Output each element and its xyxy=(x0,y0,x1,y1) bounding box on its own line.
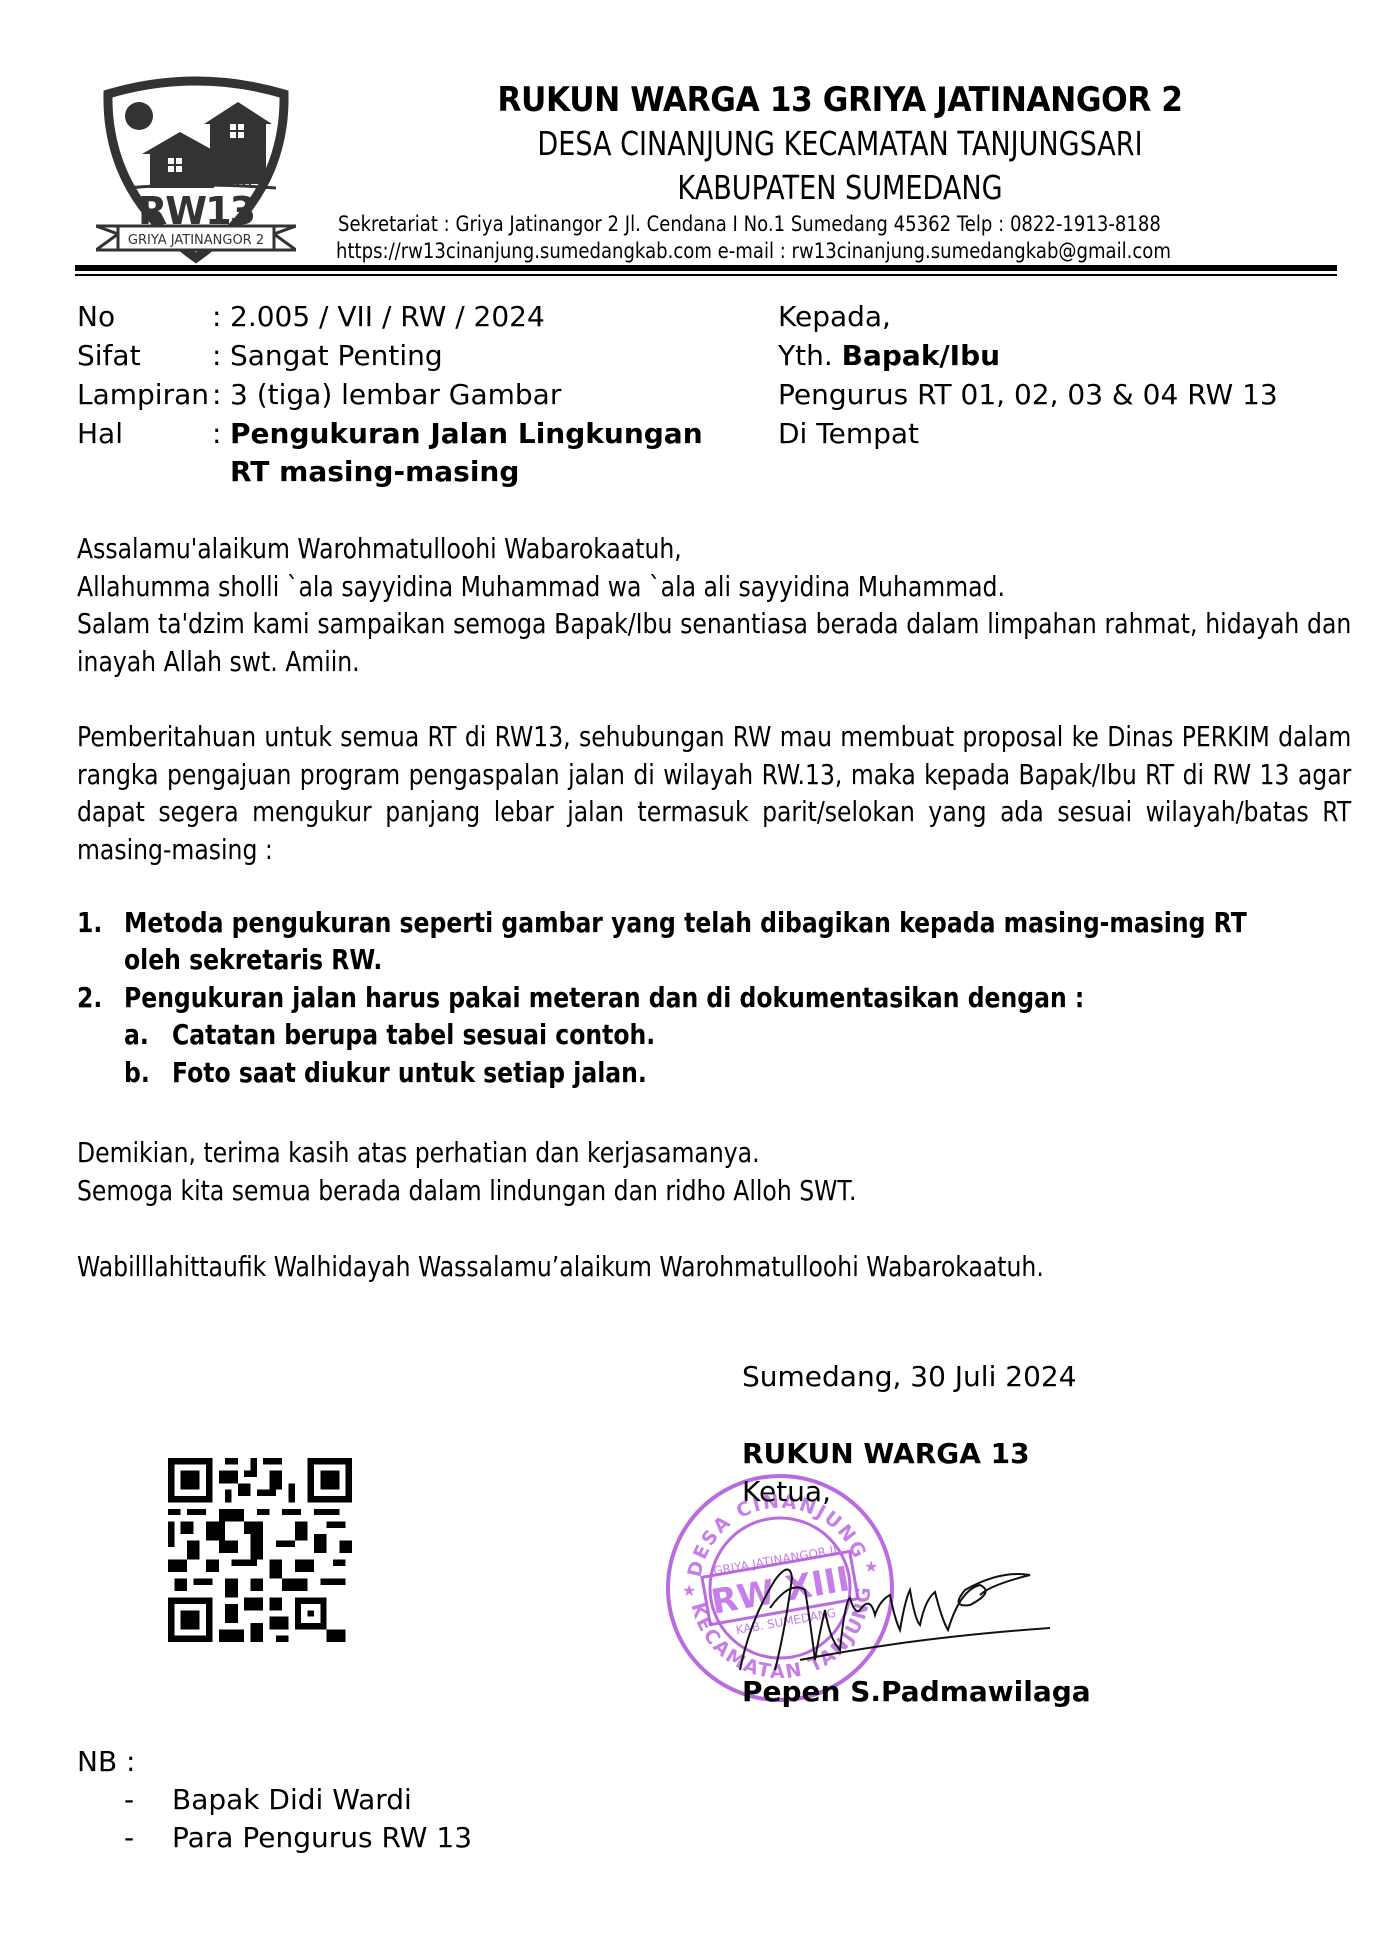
svg-text:★: ★ xyxy=(682,1581,696,1600)
org-village: DESA CINANJUNG KECAMATAN TANJUNGSARI xyxy=(422,124,1258,163)
meta-colon: : xyxy=(212,417,221,450)
handwritten-signature-icon xyxy=(730,1520,1060,1680)
qr-code-icon xyxy=(168,1458,352,1642)
closing-thanks: Demikian, terima kasih atas perhatian da… xyxy=(77,1136,760,1169)
meta-colon: : xyxy=(212,339,221,372)
sublist-item-a-num: a. xyxy=(124,1018,149,1051)
notice: Pemberitahuan untuk semua RT di RW13, se… xyxy=(77,718,1351,868)
meta-value-sifat: Sangat Penting xyxy=(230,339,443,372)
nb-item-bullet: - xyxy=(124,1821,134,1854)
nb-item-bullet: - xyxy=(124,1783,134,1816)
signatory-name: Pepen S.Padmawilaga xyxy=(742,1675,1091,1708)
recipient-prefix: Yth. xyxy=(778,339,833,372)
meta-label-hal: Hal xyxy=(77,417,123,450)
signatory-role: Ketua, xyxy=(742,1475,831,1508)
nb-label: NB : xyxy=(77,1745,136,1778)
greeting-block: Assalamu'alaikum Warohmatulloohi Wabarok… xyxy=(77,530,1351,680)
recipient-name: Bapak/Ibu xyxy=(842,339,1000,372)
list-item-1-num: 1. xyxy=(77,906,102,939)
letterhead-divider-thin xyxy=(75,274,1337,276)
meta-colon: : xyxy=(212,300,221,333)
meta-label-lampiran: Lampiran xyxy=(77,378,209,411)
meta-value-no: 2.005 / VII / RW / 2024 xyxy=(230,300,545,333)
salawat: Allahumma sholli `ala sayyidina Muhammad… xyxy=(77,568,1351,606)
meta-value-lampiran: 3 (tiga) lembar Gambar xyxy=(230,378,561,411)
notice-block: Pemberitahuan untuk semua RT di RW13, se… xyxy=(77,718,1351,868)
nb-item: Para Pengurus RW 13 xyxy=(172,1821,472,1854)
list-item-2-num: 2. xyxy=(77,981,102,1014)
closing-prayer: Semoga kita semua berada dalam lindungan… xyxy=(77,1174,856,1207)
meta-label-sifat: Sifat xyxy=(77,339,141,372)
greeting: Assalamu'alaikum Warohmatulloohi Wabarok… xyxy=(77,530,1351,568)
sublist-item-b-text: Foto saat diukur untuk setiap jalan. xyxy=(172,1056,647,1089)
org-contact: https://rw13cinanjung.sumedangkab.com e-… xyxy=(336,239,1171,263)
signatory-org: RUKUN WARGA 13 xyxy=(742,1437,1030,1470)
org-title: RUKUN WARGA 13 GRIYA JATINANGOR 2 xyxy=(371,80,1309,120)
letter-page: RW13 GRIYA JATINANGOR 2 RUKUN WARGA 13 G… xyxy=(0,0,1380,1935)
org-address: Sekretariat : Griya Jatinangor 2 Jl. Cen… xyxy=(338,212,1161,236)
recipient-yth: Yth. Bapak/Ibu xyxy=(778,339,1000,372)
meta-value-hal: Pengukuran Jalan Lingkungan xyxy=(230,417,703,450)
sublist-item-a-text: Catatan berupa tabel sesuai contoh. xyxy=(172,1018,655,1051)
meta-value-hal-cont: RT masing-masing xyxy=(230,455,519,488)
nb-item: Bapak Didi Wardi xyxy=(172,1783,412,1816)
meta-colon: : xyxy=(212,378,221,411)
recipient-pengurus: Pengurus RT 01, 02, 03 & 04 RW 13 xyxy=(778,378,1278,411)
place-date: Sumedang, 30 Juli 2024 xyxy=(742,1360,1077,1393)
letterhead-divider-thick xyxy=(75,265,1337,271)
list-item-2-text: Pengukuran jalan harus pakai meteran dan… xyxy=(124,981,1084,1014)
list-item-1-text-cont: oleh sekretaris RW. xyxy=(124,943,382,976)
recipient-kepada: Kepada, xyxy=(778,300,891,333)
sublist-item-b-num: b. xyxy=(124,1056,150,1089)
salam: Salam ta'dzim kami sampaikan semoga Bapa… xyxy=(77,605,1351,680)
list-item-1-text: Metoda pengukuran seperti gambar yang te… xyxy=(124,906,1247,939)
meta-label-no: No xyxy=(77,300,115,333)
recipient-place: Di Tempat xyxy=(778,417,919,450)
closing-salam: Wabilllahittaufik Walhidayah Wassalamu’a… xyxy=(77,1250,1044,1283)
rw13-shield-logo-icon: RW13 GRIYA JATINANGOR 2 xyxy=(96,74,296,264)
org-regency: KABUPATEN SUMEDANG xyxy=(422,168,1258,207)
svg-text:GRIYA JATINANGOR 2: GRIYA JATINANGOR 2 xyxy=(128,233,264,248)
